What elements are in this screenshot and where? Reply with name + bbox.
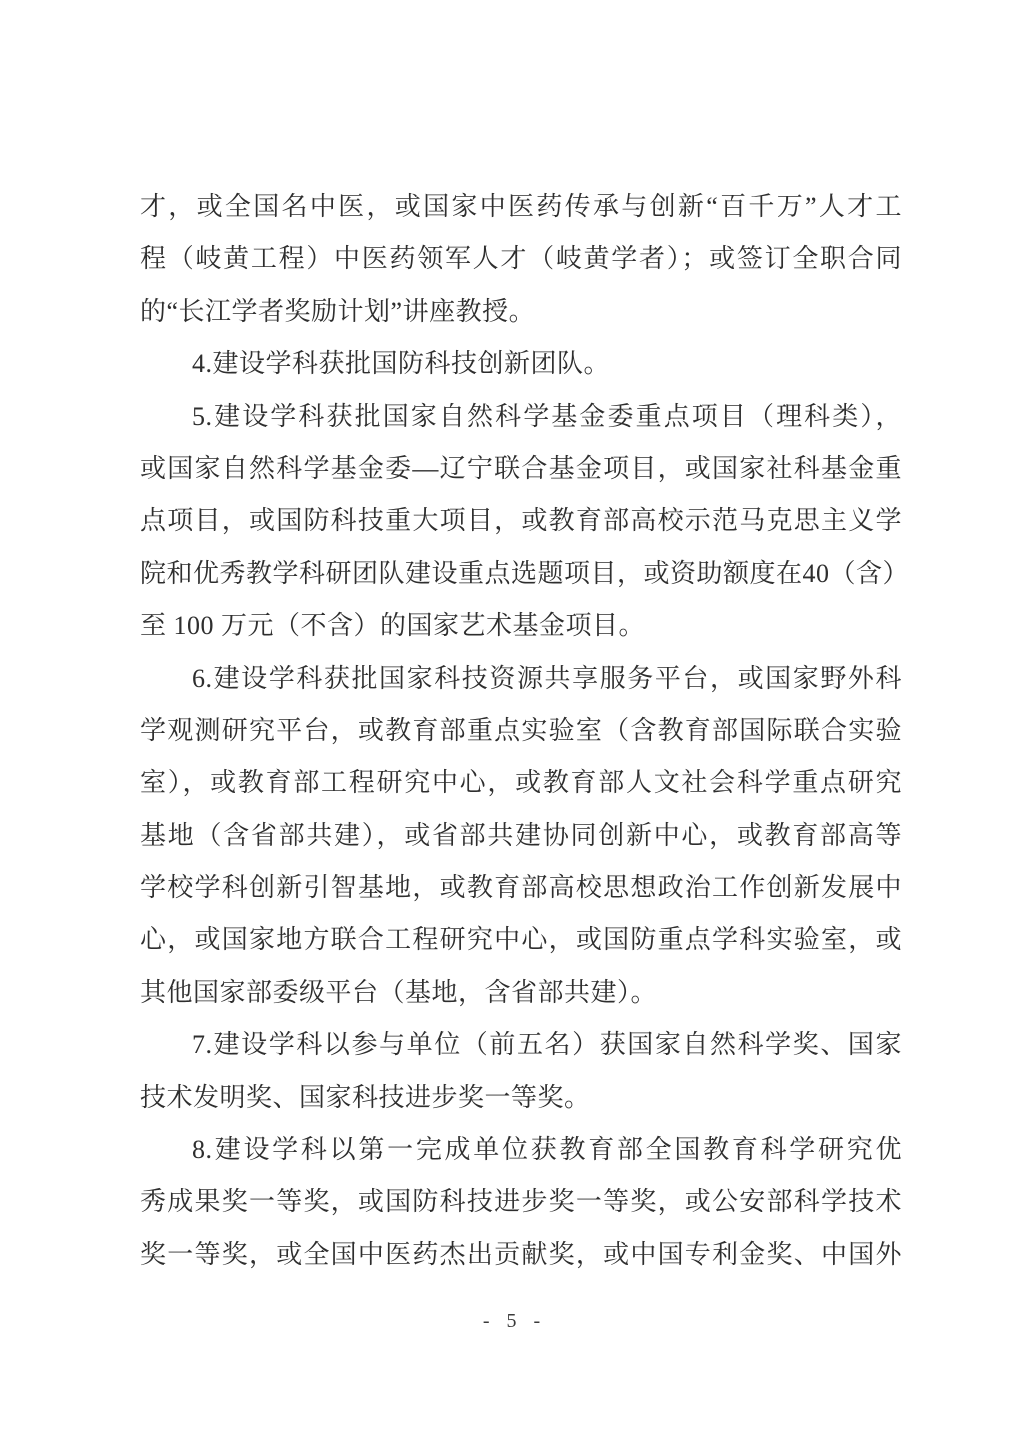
text-line: 至 100 万元（不含）的国家艺术基金项目。 (140, 600, 902, 652)
text-line: 点项目，或国防科技重大项目，或教育部高校示范马克思主义学 (140, 495, 902, 547)
text-line: 院和优秀教学科研团队建设重点选题项目，或资助额度在40（含） (140, 548, 902, 600)
text-line: 6.建设学科获批国家科技资源共享服务平台，或国家野外科 (140, 653, 902, 705)
document-page: 才，或全国名中医，或国家中医药传承与创新“百千万”人才工程（岐黄工程）中医药领军… (0, 0, 1024, 1448)
page-footer: - 5 - (0, 1310, 1024, 1333)
text-line: 4.建设学科获批国防科技创新团队。 (140, 338, 902, 390)
text-line: 学校学科创新引智基地，或教育部高校思想政治工作创新发展中 (140, 862, 902, 914)
text-line: 7.建设学科以参与单位（前五名）获国家自然科学奖、国家 (140, 1019, 902, 1071)
text-line: 心，或国家地方联合工程研究中心，或国防重点学科实验室，或 (140, 914, 902, 966)
text-line: 室），或教育部工程研究中心，或教育部人文社会科学重点研究 (140, 757, 902, 809)
text-line: 5.建设学科获批国家自然科学基金委重点项目（理科类）， (140, 391, 902, 443)
document-body: 才，或全国名中医，或国家中医药传承与创新“百千万”人才工程（岐黄工程）中医药领军… (140, 181, 902, 1281)
text-line: 秀成果奖一等奖，或国防科技进步奖一等奖，或公安部科学技术 (140, 1176, 902, 1228)
text-line: 技术发明奖、国家科技进步奖一等奖。 (140, 1072, 902, 1124)
text-line: 奖一等奖，或全国中医药杰出贡献奖，或中国专利金奖、中国外 (140, 1229, 902, 1281)
text-line: 其他国家部委级平台（基地，含省部共建）。 (140, 967, 902, 1019)
text-line: 才，或全国名中医，或国家中医药传承与创新“百千万”人才工 (140, 181, 902, 233)
text-line: 的“长江学者奖励计划”讲座教授。 (140, 286, 902, 338)
text-line: 学观测研究平台，或教育部重点实验室（含教育部国际联合实验 (140, 705, 902, 757)
text-line: 程（岐黄工程）中医药领军人才（岐黄学者）；或签订全职合同 (140, 233, 902, 285)
text-line: 8.建设学科以第一完成单位获教育部全国教育科学研究优 (140, 1124, 902, 1176)
text-line: 或国家自然科学基金委—辽宁联合基金项目，或国家社科基金重 (140, 443, 902, 495)
page-number: - 5 - (483, 1310, 541, 1332)
text-line: 基地（含省部共建），或省部共建协同创新中心，或教育部高等 (140, 810, 902, 862)
